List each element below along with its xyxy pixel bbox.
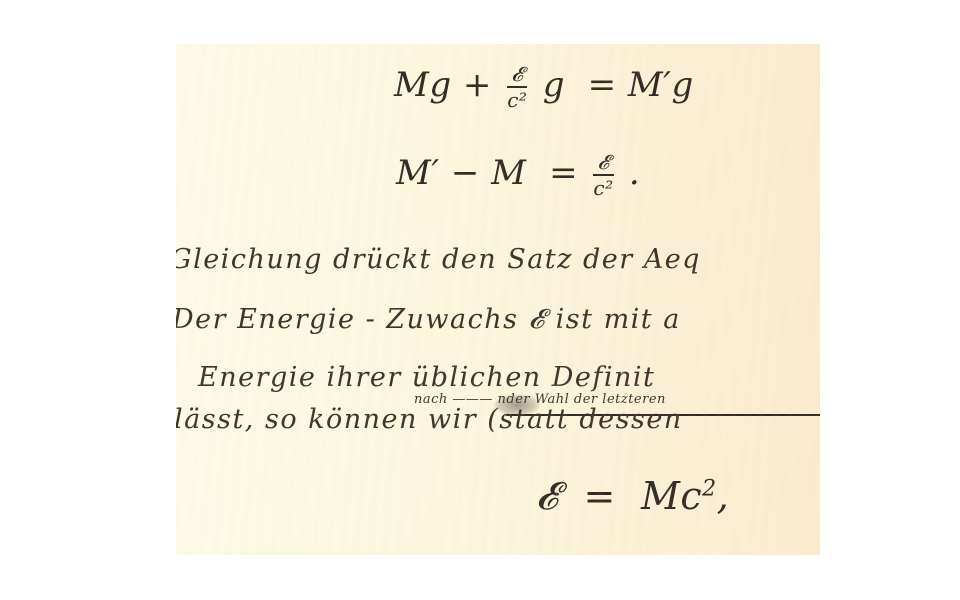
manuscript-page: Mg + 𝓔 c² g = M′g M′ − M = 𝓔 c² . Gleich… [176, 44, 820, 555]
equals-sign: = [549, 153, 578, 193]
equation-1-lhs-term2: g [543, 65, 565, 105]
equation-1-rhs: M′g [628, 65, 694, 105]
equation-3-rhs: Mc [641, 474, 702, 518]
equation-2-period: . [629, 153, 640, 193]
equation-1: Mg + 𝓔 c² g = M′g [394, 64, 694, 110]
equation-2: M′ − M = 𝓔 c² . [396, 152, 640, 198]
text-line-2: Der Energie - Zuwachs 𝓔 ist mit a [176, 304, 681, 336]
fraction-numerator: 𝓔 [593, 152, 613, 176]
equation-3-exponent: 2 [702, 476, 717, 501]
text-line-3: Energie ihrer üblichen Definit [198, 362, 655, 393]
equals-sign: = [583, 474, 615, 518]
equation-1-fraction: 𝓔 c² [507, 64, 527, 110]
equation-3: 𝓔 = Mc2, [536, 474, 729, 519]
fraction-denominator: c² [593, 176, 613, 198]
fraction-denominator: c² [507, 88, 527, 110]
equation-1-lhs-term1: Mg + [394, 65, 492, 105]
equation-3-lhs: 𝓔 [536, 474, 558, 518]
text-line-4: lässt, so können wir (statt dessen [176, 404, 683, 435]
text-line-1: Gleichung drückt den Satz der Aeq [176, 244, 701, 275]
equation-3-comma: , [717, 474, 730, 518]
equation-2-fraction: 𝓔 c² [593, 152, 613, 198]
equation-2-lhs: M′ − M [396, 153, 526, 193]
fraction-numerator: 𝓔 [507, 64, 527, 88]
equals-sign: = [588, 65, 617, 105]
